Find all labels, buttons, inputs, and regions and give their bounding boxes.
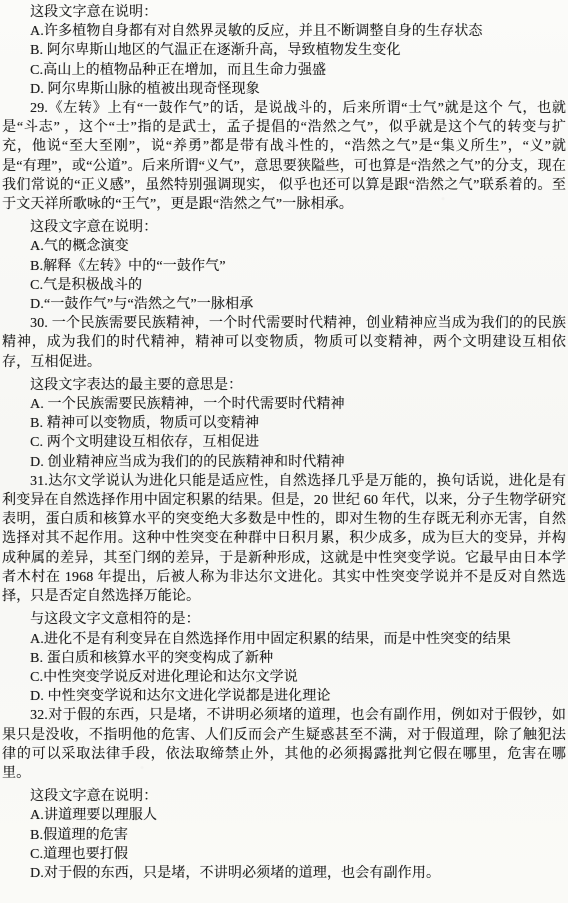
question-31-option-b: B. 蛋白质和核算水平的突变构成了新种	[2, 649, 566, 668]
question-29-option-c: C.气是积极战斗的	[2, 276, 566, 295]
question-32-option-c: C.道理也要打假	[2, 845, 566, 864]
question-29-prompt: 这段文字意在说明：	[2, 218, 566, 237]
question-31-option-d: D. 中性突变学说和达尔文进化学说都是进化理论	[2, 687, 566, 706]
question-28-option-b: B. 阿尔卑斯山地区的气温正在逐渐升高，导致植物发生变化	[2, 41, 566, 60]
question-30-stem: 30. 一个民族需要民族精神，一个时代需要时代精神，创业精神应当成为我们的的民族…	[2, 314, 566, 372]
question-30-option-b: B. 精神可以变物质，物质可以变精神	[2, 414, 566, 433]
question-32-option-d: D.对于假的东西，只是堵，不讲明必须堵的道理，也会有副作用。	[2, 864, 566, 883]
question-31-option-a: A.进化不是有利变异在自然选择作用中固定积累的结果，而是中性突变的结果	[2, 630, 566, 649]
question-29-option-a: A.气的概念演变	[2, 237, 566, 256]
question-32-stem: 32.对于假的东西，只是堵，不讲明必须堵的道理，也会有副作用，例如对于假钞，如果…	[2, 706, 566, 783]
question-30-prompt: 这段文字表达的最主要的意思是：	[2, 376, 566, 395]
question-28-prompt: 这段文字意在说明：	[2, 3, 566, 22]
question-32-prompt: 这段文字意在说明：	[2, 787, 566, 806]
question-30-option-a: A. 一个民族需要民族精神，一个时代需要时代精神	[2, 395, 566, 414]
question-31-prompt: 与这段文字文意相符的是：	[2, 610, 566, 629]
question-30-option-c: C. 两个文明建设互相依存，互相促进	[2, 433, 566, 452]
question-31-stem: 31.达尔文学说认为进化只能是适应性，自然选择几乎是万能的，换句话说，进化是有利…	[2, 472, 566, 606]
question-30-option-d: D. 创业精神应当成为我们的的民族精神和时代精神	[2, 453, 566, 472]
question-29-option-d: D.“一鼓作气”与“浩然之气”一脉相承	[2, 295, 566, 314]
question-28-option-d: D. 阿尔卑斯山脉的植被出现奇怪现象	[2, 80, 566, 99]
question-29-stem: 29.《左转》上有“一鼓作气”的话，是说战斗的，后来所谓“士气”就是这个 气，也…	[2, 99, 566, 214]
question-31-option-c: C.中性突变学说反对进化理论和达尔文学说	[2, 668, 566, 687]
question-28-option-a: A.许多植物自身都有对自然界灵敏的反应，并且不断调整自身的生存状态	[2, 22, 566, 41]
question-28-option-c: C.高山上的植物品种正在增加，而且生命力强盛	[2, 61, 566, 80]
question-29-option-b: B.解释《左转》中的“一鼓作气”	[2, 257, 566, 276]
exam-page: 这段文字意在说明： A.许多植物自身都有对自然界灵敏的反应，并且不断调整自身的生…	[0, 0, 568, 903]
question-32-option-a: A.讲道理要以理服人	[2, 806, 566, 825]
question-32-option-b: B.假道理的危害	[2, 826, 566, 845]
